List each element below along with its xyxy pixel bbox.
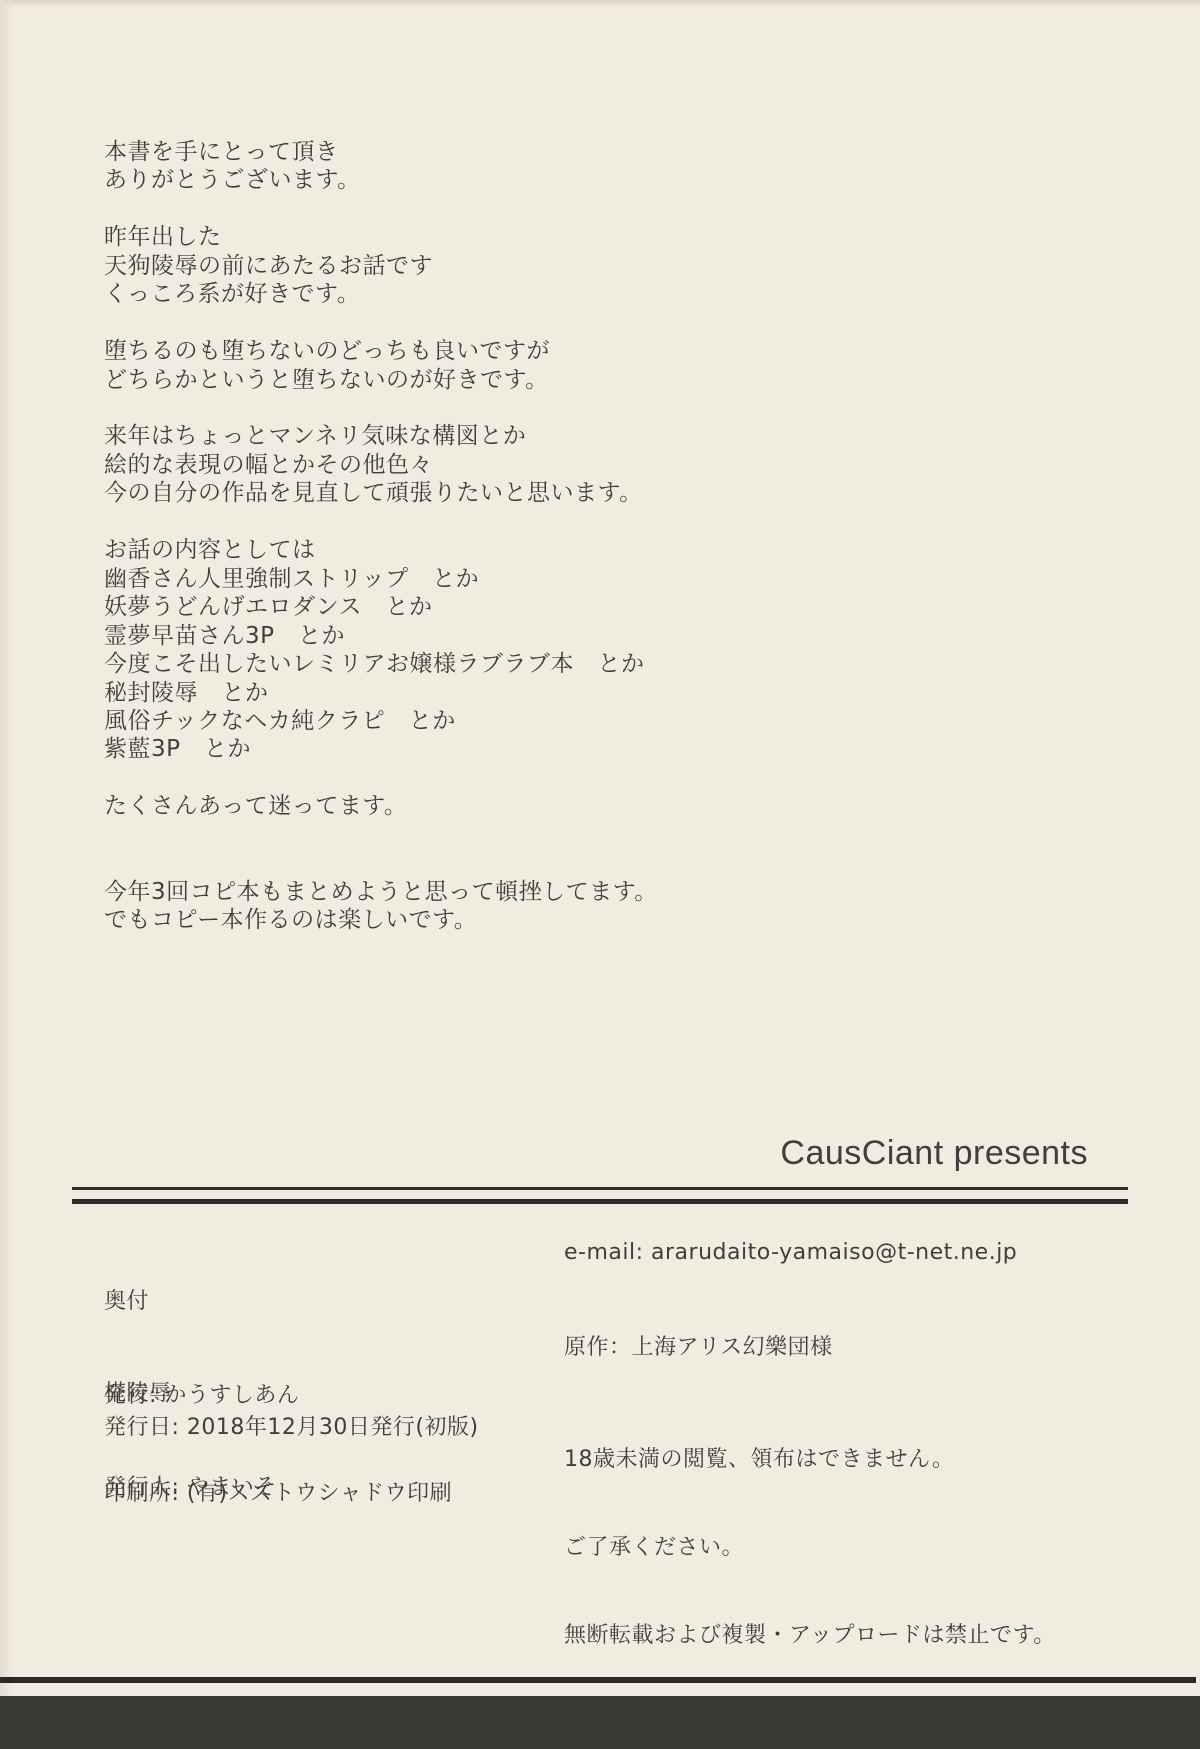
- divider-rule-thick: [72, 1199, 1128, 1204]
- afterword-line: [104, 309, 658, 337]
- colophon-original-work: 原作：上海アリス幻樂団様: [564, 1333, 833, 1364]
- scan-left-edge: [0, 0, 14, 1749]
- afterword-line: 絵的な表現の幅とかその他色々: [104, 451, 658, 479]
- scan-top-edge: [0, 0, 1200, 7]
- afterword-line: 堕ちるのも堕ちないのどっちも良いですが: [104, 337, 658, 365]
- colophon-publisher: 発行: かうすしあん: [104, 1381, 299, 1412]
- afterword-line: お話の内容としては: [104, 536, 658, 564]
- afterword-line: 今年3回コピ本もまとめようと思って頓挫してます。: [104, 878, 658, 906]
- afterword-line: 風俗チックなヘカ純クラピ とか: [104, 707, 658, 735]
- bottom-dark-block: [0, 1696, 1200, 1749]
- afterword-line: ありがとうございます。: [104, 166, 658, 194]
- afterword-text: 本書を手にとって頂き ありがとうございます。 昨年出した 天狗陵辱の前にあたるお…: [104, 138, 658, 935]
- divider-rule-thin: [72, 1187, 1128, 1190]
- afterword-line: [104, 764, 658, 792]
- afterword-line: どちらかというと堕ちないのが好きです。: [104, 366, 658, 394]
- circle-credit: CausCiant presents: [780, 1134, 1088, 1173]
- afterword-line: 秘封陵辱 とか: [104, 679, 658, 707]
- afterword-line: 昨年出した: [104, 223, 658, 251]
- colophon-notice-line: 18歳未満の閲覧、領布はできません。: [564, 1445, 1056, 1474]
- bottom-rule-bar: [0, 1677, 1196, 1683]
- afterword-line: 紫藍3P とか: [104, 735, 658, 763]
- afterword-line: 霊夢早苗さん3P とか: [104, 622, 658, 650]
- afterword-line: [104, 394, 658, 422]
- colophon-section-title: 奥付: [104, 1287, 172, 1318]
- afterword-line: 来年はちょっとマンネリ気味な構図とか: [104, 422, 658, 450]
- afterword-line: 天狗陵辱の前にあたるお話です: [104, 252, 658, 280]
- colophon-notice-line: ご了承ください。: [564, 1533, 1056, 1562]
- colophon-email: e-mail: ararudaito-yamaiso@t-net.ne.jp: [564, 1238, 1017, 1269]
- afterword-line: 妖夢うどんげエロダンス とか: [104, 593, 658, 621]
- afterword-line: 幽香さん人里強制ストリップ とか: [104, 565, 658, 593]
- afterword-line: [104, 849, 658, 877]
- afterword-line: くっころ系が好きです。: [104, 280, 658, 308]
- colophon-notice-line: 無断転載および複製・アップロードは禁止です。: [564, 1621, 1056, 1650]
- afterword-line: 今度こそ出したいレミリアお嬢様ラブラブ本 とか: [104, 650, 658, 678]
- colophon-notice-block: 18歳未満の閲覧、領布はできません。 ご了承ください。 無断転載および複製・アッ…: [564, 1386, 1056, 1680]
- afterword-line: たくさんあって迷ってます。: [104, 792, 658, 820]
- afterword-line: 本書を手にとって頂き: [104, 138, 658, 166]
- colophon-printer: 印刷所: (有)スズトウシャドウ印刷: [104, 1479, 452, 1510]
- afterword-line: 今の自分の作品を見直して頑張りたいと思います。: [104, 479, 658, 507]
- afterword-line: [104, 195, 658, 223]
- colophon-publish-date: 発行日: 2018年12月30日発行(初版): [104, 1413, 479, 1444]
- afterword-line: [104, 508, 658, 536]
- scanned-page: { "afterword": { "lines": [ "本書を手にとって頂き"…: [0, 0, 1200, 1749]
- afterword-line: でもコピー本作るのは楽しいです。: [104, 906, 658, 934]
- afterword-line: [104, 821, 658, 849]
